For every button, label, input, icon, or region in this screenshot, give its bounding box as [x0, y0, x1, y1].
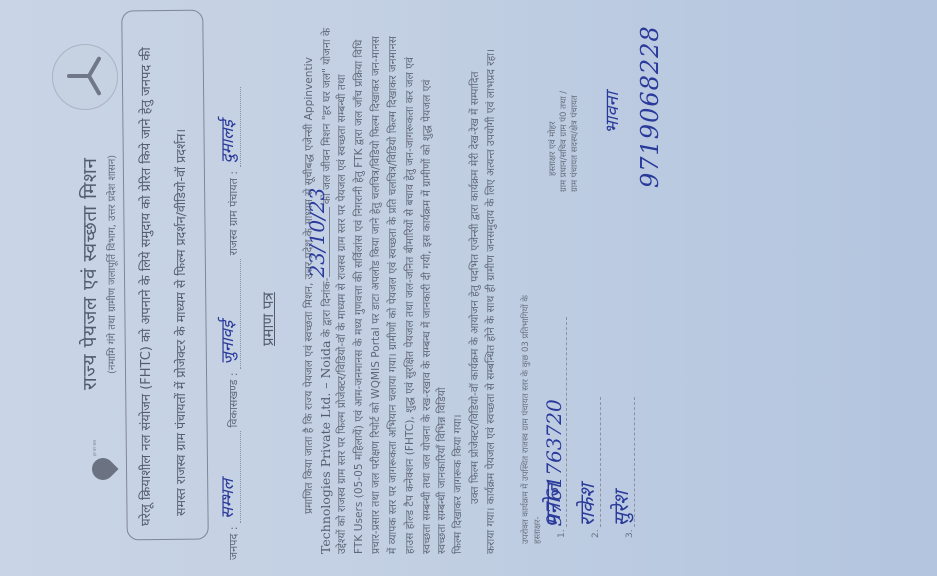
- signature-row-1: 1. मनोज 9761763720: [556, 317, 567, 538]
- panchayat-value: दुमालई: [215, 120, 238, 163]
- authority-block: हस्ताक्षर एवं मोहर ग्राम प्रधान/सचिव ग्र…: [548, 91, 581, 192]
- authority-line: हस्ताक्षर एवं मोहर: [548, 91, 559, 192]
- janpad-value: सम्भल: [215, 479, 238, 519]
- body-line: में व्यापक स्तर पर जागरूकता अभियान चलाया…: [386, 36, 400, 554]
- panchayat-field: दुमालई: [226, 87, 241, 167]
- block-field: जुनावई: [226, 259, 241, 369]
- body-line: FTK Users (05-05 महिलायें) एवं आम-जनमानस…: [352, 40, 366, 554]
- body-line: उद्देश्यों को राजस्व ग्राम स्तर पर फिल्म…: [335, 75, 349, 554]
- program-date: 23/10/23: [305, 188, 329, 278]
- signature-row-3: 3. सुरेश: [624, 397, 635, 538]
- body-line: स्वच्छता सम्बन्धी तथा जल योजना के रख-रखा…: [420, 80, 434, 554]
- document-subtitle: (नमामि गंगे तथा ग्रामीण जलापूर्ति विभाग,…: [104, 155, 118, 374]
- body-line: Technologies Private Ltd. – Noida के द्व…: [317, 28, 334, 554]
- janpad-label: जनपद :: [227, 526, 240, 560]
- document-title: राज्य पेयजल एवं स्वच्छता मिशन: [76, 158, 102, 390]
- body-line: उक्त फिल्म प्रोजेक्टर/विडियो-वॉ कार्यक्र…: [468, 71, 482, 504]
- authority-line: ग्राम प्रधान/सचिव ग्राम पं0 तथा /: [559, 91, 570, 192]
- authority-phone: 9719068228: [636, 25, 664, 188]
- block-label: विकासखण्ड :: [227, 372, 240, 427]
- participant-signature: राकेश: [573, 484, 600, 526]
- agency-name: Technologies Private Ltd. – Noida: [318, 341, 333, 554]
- tagline-line-2: समस्त राजस्व ग्राम पंचायतों में प्रोजेक्…: [172, 129, 189, 516]
- body-line: फिल्म दिखाकर जागरूक किया गया।: [451, 414, 465, 554]
- tagline-box: [121, 10, 209, 541]
- location-line: जनपद : सम्भल विकासखण्ड : जुनावई राजस्व ग…: [226, 87, 241, 560]
- jal-jeevan-mission-emblem-icon: [52, 44, 118, 110]
- program-date-field: 23/10/23: [317, 207, 330, 277]
- panchayat-label: राजस्व ग्राम पंचायत :: [227, 171, 240, 255]
- body-line: कराया गया। कार्यक्रम पेयजल एवं स्वच्छता …: [484, 49, 498, 554]
- certificate-document: हर घर जल राज्य पेयजल एवं स्वच्छता मिशन (…: [0, 0, 937, 576]
- tagline-line-1: घरेलू क्रियाशील नल संयोजन (FHTC) को अपना…: [136, 47, 154, 526]
- signature-row-2: 2. राकेश: [590, 397, 601, 538]
- certificate-heading: प्रमाण पत्र: [258, 292, 278, 346]
- body-line: प्रमाणित किया जाता है कि राज्य पेयजल एवं…: [302, 57, 316, 514]
- body-line: स्वच्छता सम्बन्धी जानकारियाँ विभिन्न विड…: [435, 387, 449, 554]
- water-drop-logo-icon: हर घर जल: [88, 456, 118, 480]
- logo-caption: हर घर जल: [92, 438, 97, 456]
- participant-phone: 9761763720: [542, 399, 566, 526]
- block-value: जुनावई: [215, 321, 238, 365]
- janpad-field: सम्भल: [226, 431, 241, 523]
- body-line: हाउस होल्ड टैप कनेक्शन (FHTC), शुद्ध एवं…: [403, 57, 417, 554]
- authority-signature: भावना: [600, 92, 624, 134]
- signatures-intro: उपरोक्त कार्यक्रम में उपस्थित राजस्व ग्र…: [520, 295, 531, 544]
- authority-line: ग्राम पंचायत सदस्य/क्षेत्र पंचायत: [570, 91, 581, 192]
- body-line: प्रचार-प्रसार तथा जल परीक्षण रिपोर्ट को …: [369, 36, 383, 554]
- participant-signature: सुरेश: [607, 491, 634, 526]
